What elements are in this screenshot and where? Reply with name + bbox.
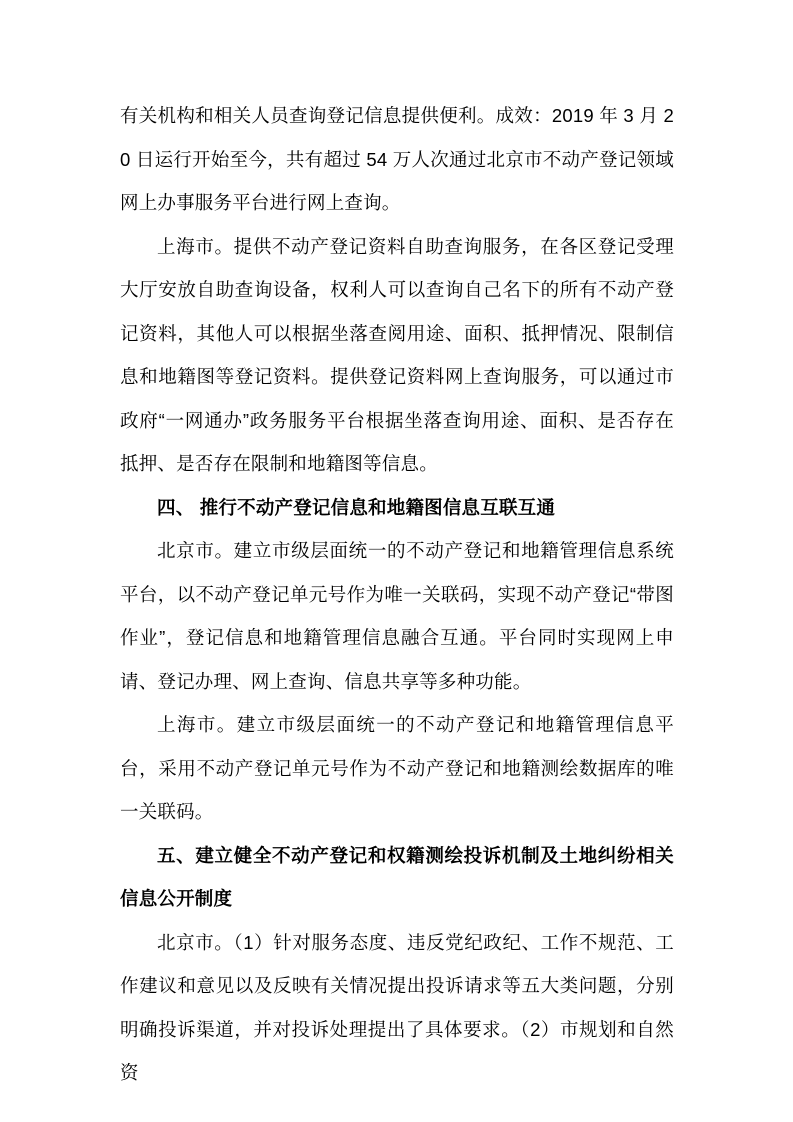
paragraph-shanghai-self-service-query: 上海市。提供不动产登记资料自助查询服务，在各区登记受理大厅安放自助查询设备，权利… — [120, 225, 674, 486]
paragraph-shanghai-unified-platform: 上海市。建立市级层面统一的不动产登记和地籍管理信息平台，采用不动产登记单元号作为… — [120, 703, 674, 834]
paragraph-beijing-complaint-categories: 北京市。（1）针对服务态度、违反党纪政纪、工作不规范、工作建议和意见以及反映有关… — [120, 921, 674, 1095]
paragraph-beijing-unified-platform: 北京市。建立市级层面统一的不动产登记和地籍管理信息系统平台，以不动产登记单元号作… — [120, 529, 674, 703]
paragraph-beijing-online-query-effect: 有关机构和相关人员查询登记信息提供便利。成效：2019 年 3 月 20 日运行… — [120, 94, 674, 225]
section-heading-5-complaint-mechanism: 五、建立健全不动产登记和权籍测绘投诉机制及土地纠纷相关信息公开制度 — [120, 834, 674, 921]
section-heading-4-interconnection: 四、 推行不动产登记信息和地籍图信息互联互通 — [120, 486, 674, 530]
document-page: 有关机构和相关人员查询登记信息提供便利。成效：2019 年 3 月 20 日运行… — [0, 0, 793, 1122]
